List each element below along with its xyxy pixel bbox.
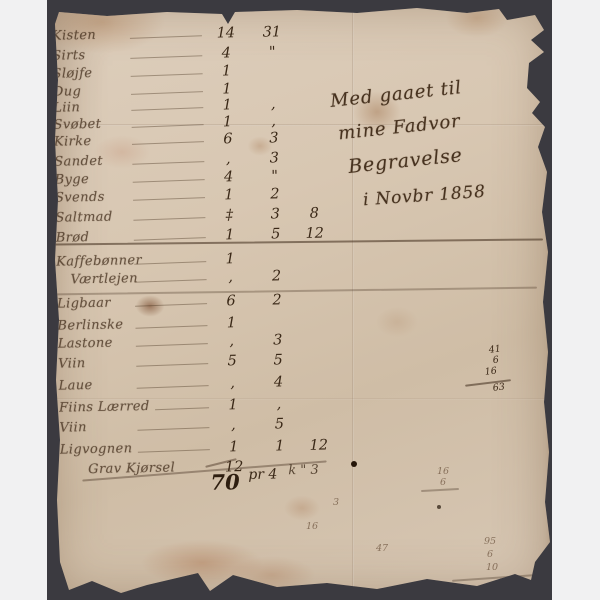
amount-col1: 1 <box>210 63 242 80</box>
amount-col2: , <box>257 96 289 113</box>
total-row-label: Grav Kjørsel <box>88 460 175 477</box>
amount-col2: 3 <box>259 206 291 223</box>
amount-col1: 1 <box>211 114 243 131</box>
faint-number: 10 <box>486 562 498 573</box>
amount-col1: 6 <box>215 293 247 310</box>
amount-col3 <box>294 43 328 44</box>
amount-col2: 3 <box>258 150 290 167</box>
amount-col1: , <box>212 151 244 168</box>
total-extra-mark: k " 3 <box>288 463 319 479</box>
amount-col3 <box>295 79 329 80</box>
amount-col2: " <box>258 168 290 185</box>
photo-mat: Kisten1431 Sirts4" Sløjfe1 Dug1 Liin1, S… <box>47 0 552 600</box>
amount-col2: 4 <box>262 374 294 391</box>
amount-col1: 1 <box>218 439 250 456</box>
dash-rule <box>137 385 209 389</box>
dash-rule <box>135 279 207 283</box>
item-label: Kisten <box>52 28 97 44</box>
dash-rule <box>131 73 203 77</box>
amount-col2: 5 <box>263 416 295 433</box>
amount-col2 <box>260 250 292 251</box>
item-label: Liin <box>53 100 80 116</box>
faint-number: 95 <box>484 536 496 547</box>
item-label: Viin <box>59 420 87 436</box>
ledger-row: Ligvognen1112 <box>60 437 330 460</box>
dash-rule <box>134 237 206 241</box>
dash-rule <box>130 55 202 59</box>
ledger-row: Lastone,3 <box>58 331 328 354</box>
amount-col2 <box>256 62 288 63</box>
amount-col1: 1 <box>214 227 246 244</box>
amount-col1: 1 <box>217 397 249 414</box>
amount-col1: 1 <box>215 315 247 332</box>
dash-rule <box>132 161 204 165</box>
amount-col1: 4 <box>212 169 244 186</box>
amount-col2: 1 <box>264 438 296 455</box>
amount-col3 <box>299 291 333 292</box>
amount-col1: 1 <box>213 187 245 204</box>
amount-col1: 5 <box>216 353 248 370</box>
dash-rule <box>155 407 209 410</box>
item-label: Sirts <box>52 48 85 64</box>
amount-col1: 1 <box>214 251 246 268</box>
faint-number: 47 <box>376 543 388 554</box>
amount-col2: , <box>257 113 289 130</box>
amount-col1: , <box>214 269 246 286</box>
amount-col3 <box>295 112 329 113</box>
dash-rule <box>136 343 208 347</box>
amount-col3 <box>294 23 328 24</box>
amount-col3 <box>299 313 333 314</box>
amount-col1: , <box>217 417 249 434</box>
faint-number: 6 <box>440 477 446 488</box>
amount-col1: , <box>216 375 248 392</box>
faint-number: 16 <box>437 466 449 477</box>
amount-col2: 3 <box>258 130 290 147</box>
amount-col3: 8 <box>297 205 331 222</box>
amount-col3 <box>295 95 329 96</box>
ledger-row: Svends12 <box>55 185 325 208</box>
amount-col2: " <box>256 44 288 61</box>
faint-number: 6 <box>487 549 493 560</box>
dash-rule <box>135 303 207 307</box>
amount-col3 <box>300 351 334 352</box>
grand-total: 70 <box>210 469 240 495</box>
amount-col3 <box>294 61 328 62</box>
item-label: Saltmad <box>55 210 113 226</box>
amount-col3 <box>300 331 334 332</box>
item-label: Ligbaar <box>57 296 111 312</box>
dash-rule <box>136 363 208 367</box>
ledger-row: Saltmad‡38 <box>55 205 325 228</box>
amount-col3 <box>296 149 330 150</box>
item-label: Sløjfe <box>52 66 92 82</box>
amount-col2: 2 <box>259 186 291 203</box>
item-label: Svøbet <box>53 117 101 133</box>
amount-col3 <box>297 185 331 186</box>
amount-col1: ‡ <box>213 207 245 224</box>
ledger-row: Kisten1431 <box>52 24 322 47</box>
amount-col2: 2 <box>260 268 292 285</box>
amount-col3 <box>296 129 330 130</box>
amount-col3: 12 <box>298 225 332 242</box>
faint-number: 16 <box>306 521 318 532</box>
item-label: Laue <box>58 378 92 394</box>
ledger-row: Ligbaar62 <box>57 291 327 314</box>
amount-col2: 5 <box>262 352 294 369</box>
amount-col3 <box>298 267 332 268</box>
dash-rule <box>131 91 203 95</box>
amount-col1: 4 <box>210 45 242 62</box>
amount-col1: 6 <box>212 131 244 148</box>
amount-col1: 1 <box>211 81 243 98</box>
amount-col3 <box>298 249 332 250</box>
item-label: Lastone <box>58 336 113 352</box>
dash-rule <box>133 197 205 201</box>
item-label: Sandet <box>54 154 103 170</box>
item-label: Ligvognen <box>60 441 133 457</box>
paper-sheet: Kisten1431 Sirts4" Sløjfe1 Dug1 Liin1, S… <box>47 0 552 600</box>
amount-col2 <box>261 314 293 315</box>
item-label: Svends <box>55 190 105 206</box>
dash-rule <box>130 35 202 39</box>
dash-rule <box>135 325 207 329</box>
faint-number: 3 <box>333 497 339 508</box>
item-label: Værtlejen <box>70 271 138 287</box>
ledger-row: Brød1512 <box>56 225 326 248</box>
ledger-row: Værtlejen,2 <box>56 267 326 290</box>
dash-rule <box>133 217 205 221</box>
item-label: Berlinske <box>57 317 123 333</box>
amount-col2: , <box>263 396 295 413</box>
item-label: Viin <box>58 356 86 372</box>
amount-col2: 3 <box>262 332 294 349</box>
amount-col2 <box>257 80 289 81</box>
amount-col3 <box>296 167 330 168</box>
item-label: Byge <box>55 172 90 188</box>
ledger-row: Viin,5 <box>59 415 329 438</box>
amount-col1: 1 <box>211 97 243 114</box>
amount-col1: 14 <box>210 25 242 42</box>
amount-col3: 12 <box>302 437 336 454</box>
item-label: Fiins Lærred <box>59 399 150 416</box>
ledger-row: Fiins Lærred1, <box>59 395 329 418</box>
item-label: Kirke <box>54 134 92 150</box>
amount-col2: 2 <box>261 292 293 309</box>
amount-col1: , <box>216 333 248 350</box>
ledger-row: Laue,4 <box>58 373 328 396</box>
dash-rule <box>132 124 204 128</box>
item-label: Brød <box>56 230 90 246</box>
ledger-row: Viin55 <box>58 351 328 374</box>
item-label: Kaffebønner <box>56 253 142 270</box>
amount-col2: 5 <box>260 226 292 243</box>
dash-rule <box>134 261 206 265</box>
ledger-row: Kirke63 <box>54 130 324 153</box>
dash-rule <box>137 427 209 431</box>
amount-col3 <box>301 415 335 416</box>
dash-rule <box>133 179 205 183</box>
item-label: Dug <box>53 84 82 100</box>
dash-rule <box>131 107 203 111</box>
amount-col3 <box>300 373 334 374</box>
expense-ledger: Kisten1431 Sirts4" Sløjfe1 Dug1 Liin1, S… <box>41 0 557 600</box>
amount-col3 <box>301 395 335 396</box>
dash-rule <box>132 141 204 145</box>
total-extra-mark: pr 4 <box>248 466 277 483</box>
dash-rule <box>138 449 210 453</box>
amount-col2: 31 <box>256 24 288 41</box>
